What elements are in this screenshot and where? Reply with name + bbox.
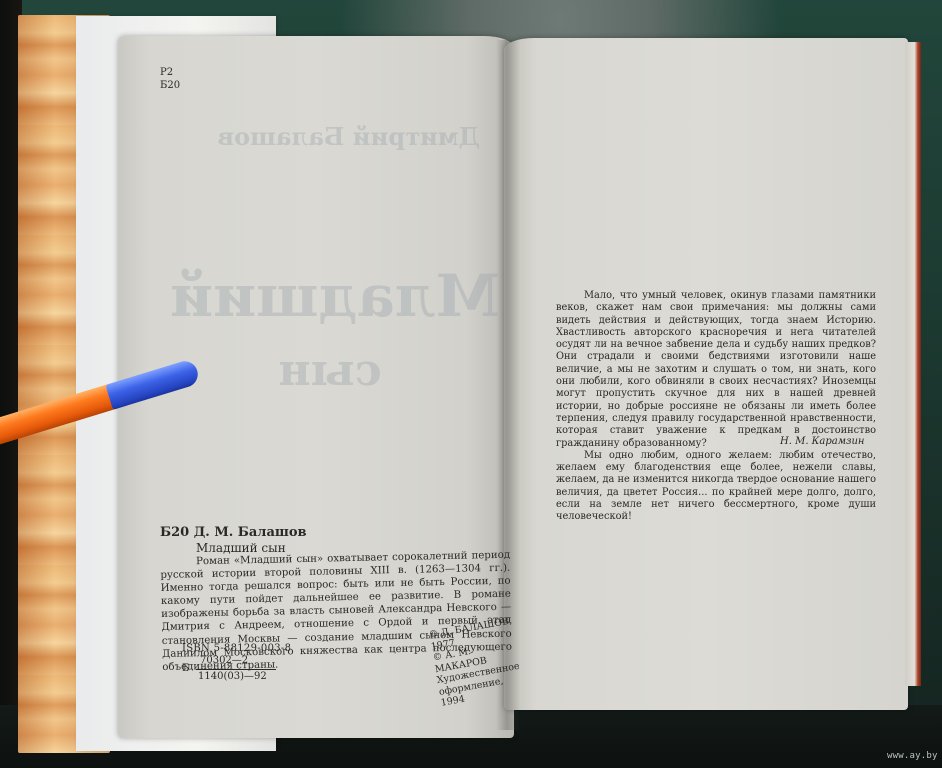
epigraph-paragraph-2: Мы одно любим, одного желаем: любим отеч… — [556, 450, 876, 524]
lib-code-line-2: Б20 — [160, 79, 180, 92]
epigraph-author: Н. М. Карамзин — [780, 436, 865, 447]
bbk-fraction-line — [196, 669, 276, 670]
copyright-block: © Д. БАЛАШОВ, 1977 © А. М. МАКАРОВ Худож… — [428, 614, 531, 709]
show-through-title: Младший — [170, 262, 500, 330]
lib-code-line-1: Р2 — [160, 66, 180, 79]
bbk-denominator: 1140(03)—92 — [198, 671, 267, 682]
epigraph: Мало, что умный человек, окинув глазами … — [556, 290, 876, 524]
bbk-numerator: 70302—2 — [200, 655, 248, 666]
show-through-author-name: Дмитрий Балашов — [220, 122, 480, 151]
isbn: ISBN 5-88129-003-8 — [182, 643, 291, 654]
epigraph-paragraph-1: Мало, что умный человек, окинув глазами … — [556, 290, 876, 450]
right-page-edges — [905, 42, 921, 686]
library-classification-code: Р2 Б20 — [160, 66, 180, 92]
show-through-title-line2: сын — [250, 345, 410, 396]
bbk-label: Б — [182, 663, 189, 674]
watermark: www.ay.by — [887, 751, 938, 761]
annotation-heading: Б20 Д. М. Балашов — [160, 525, 307, 540]
